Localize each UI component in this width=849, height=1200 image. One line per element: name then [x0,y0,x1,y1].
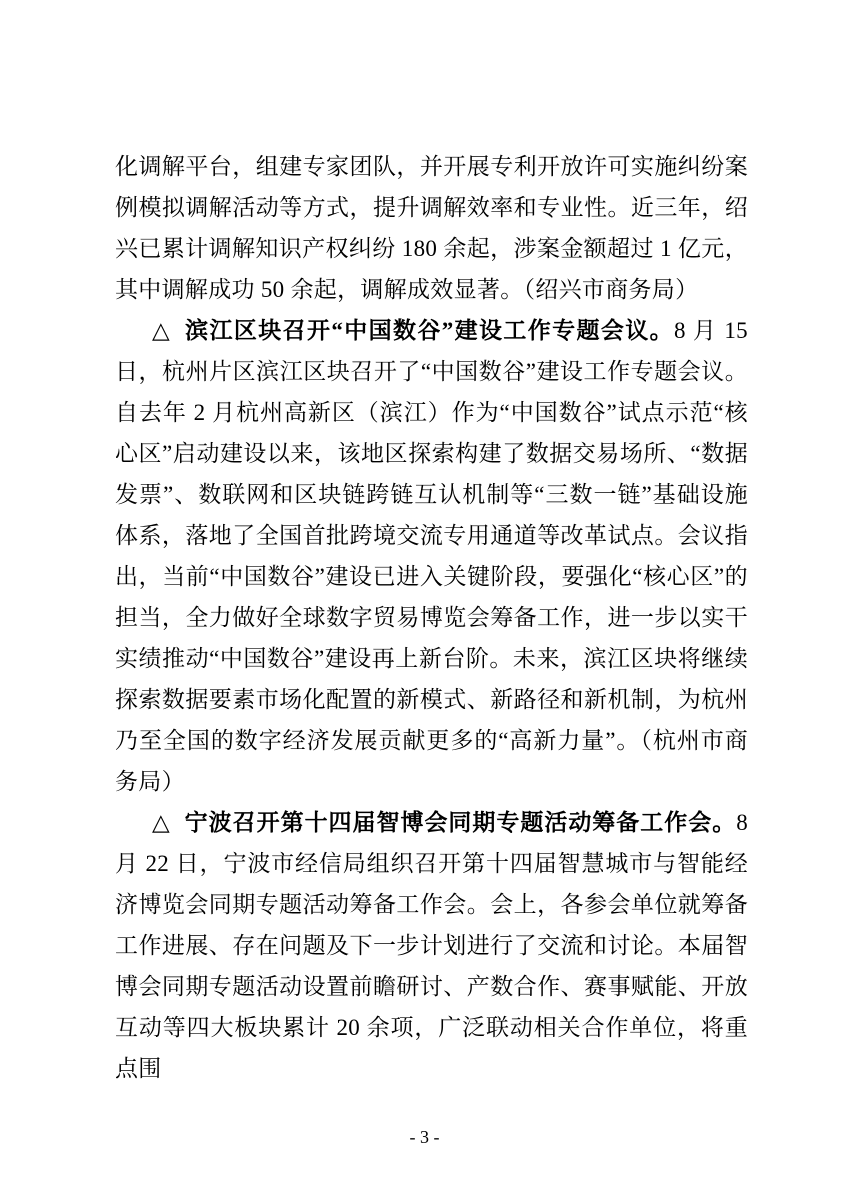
triangle-marker-icon: △ [152,318,171,343]
paragraph-item-ningbo: △宁波召开第十四届智博会同期专题活动筹备工作会。8 月 22 日，宁波市经信局组… [115,802,748,1089]
page-footer: - 3 - [0,1126,849,1148]
item-body-binjiang: 8 月 15 日，杭州片区滨江区块召开了“中国数谷”建设工作专题会议。自去年 2… [115,318,748,794]
document-page: 化调解平台，组建专家团队，并开展专利开放许可实施纠纷案例模拟调解活动等方式，提升… [0,0,849,1200]
item-body-ningbo: 8 月 22 日，宁波市经信局组织召开第十四届智慧城市与智能经济博览会同期专题活… [115,810,748,1081]
page-number: - 3 - [410,1127,440,1147]
paragraph-item-binjiang: △滨江区块召开“中国数谷”建设工作专题会议。8 月 15 日，杭州片区滨江区块召… [115,310,748,802]
item-heading-binjiang: 滨江区块召开“中国数谷”建设工作专题会议。 [185,318,674,343]
page-content: 化调解平台，组建专家团队，并开展专利开放许可实施纠纷案例模拟调解活动等方式，提升… [115,146,748,1089]
triangle-marker-icon: △ [152,810,171,835]
paragraph-continuation: 化调解平台，组建专家团队，并开展专利开放许可实施纠纷案例模拟调解活动等方式，提升… [115,146,748,310]
item-heading-ningbo: 宁波召开第十四届智博会同期专题活动筹备工作会。 [185,810,737,835]
